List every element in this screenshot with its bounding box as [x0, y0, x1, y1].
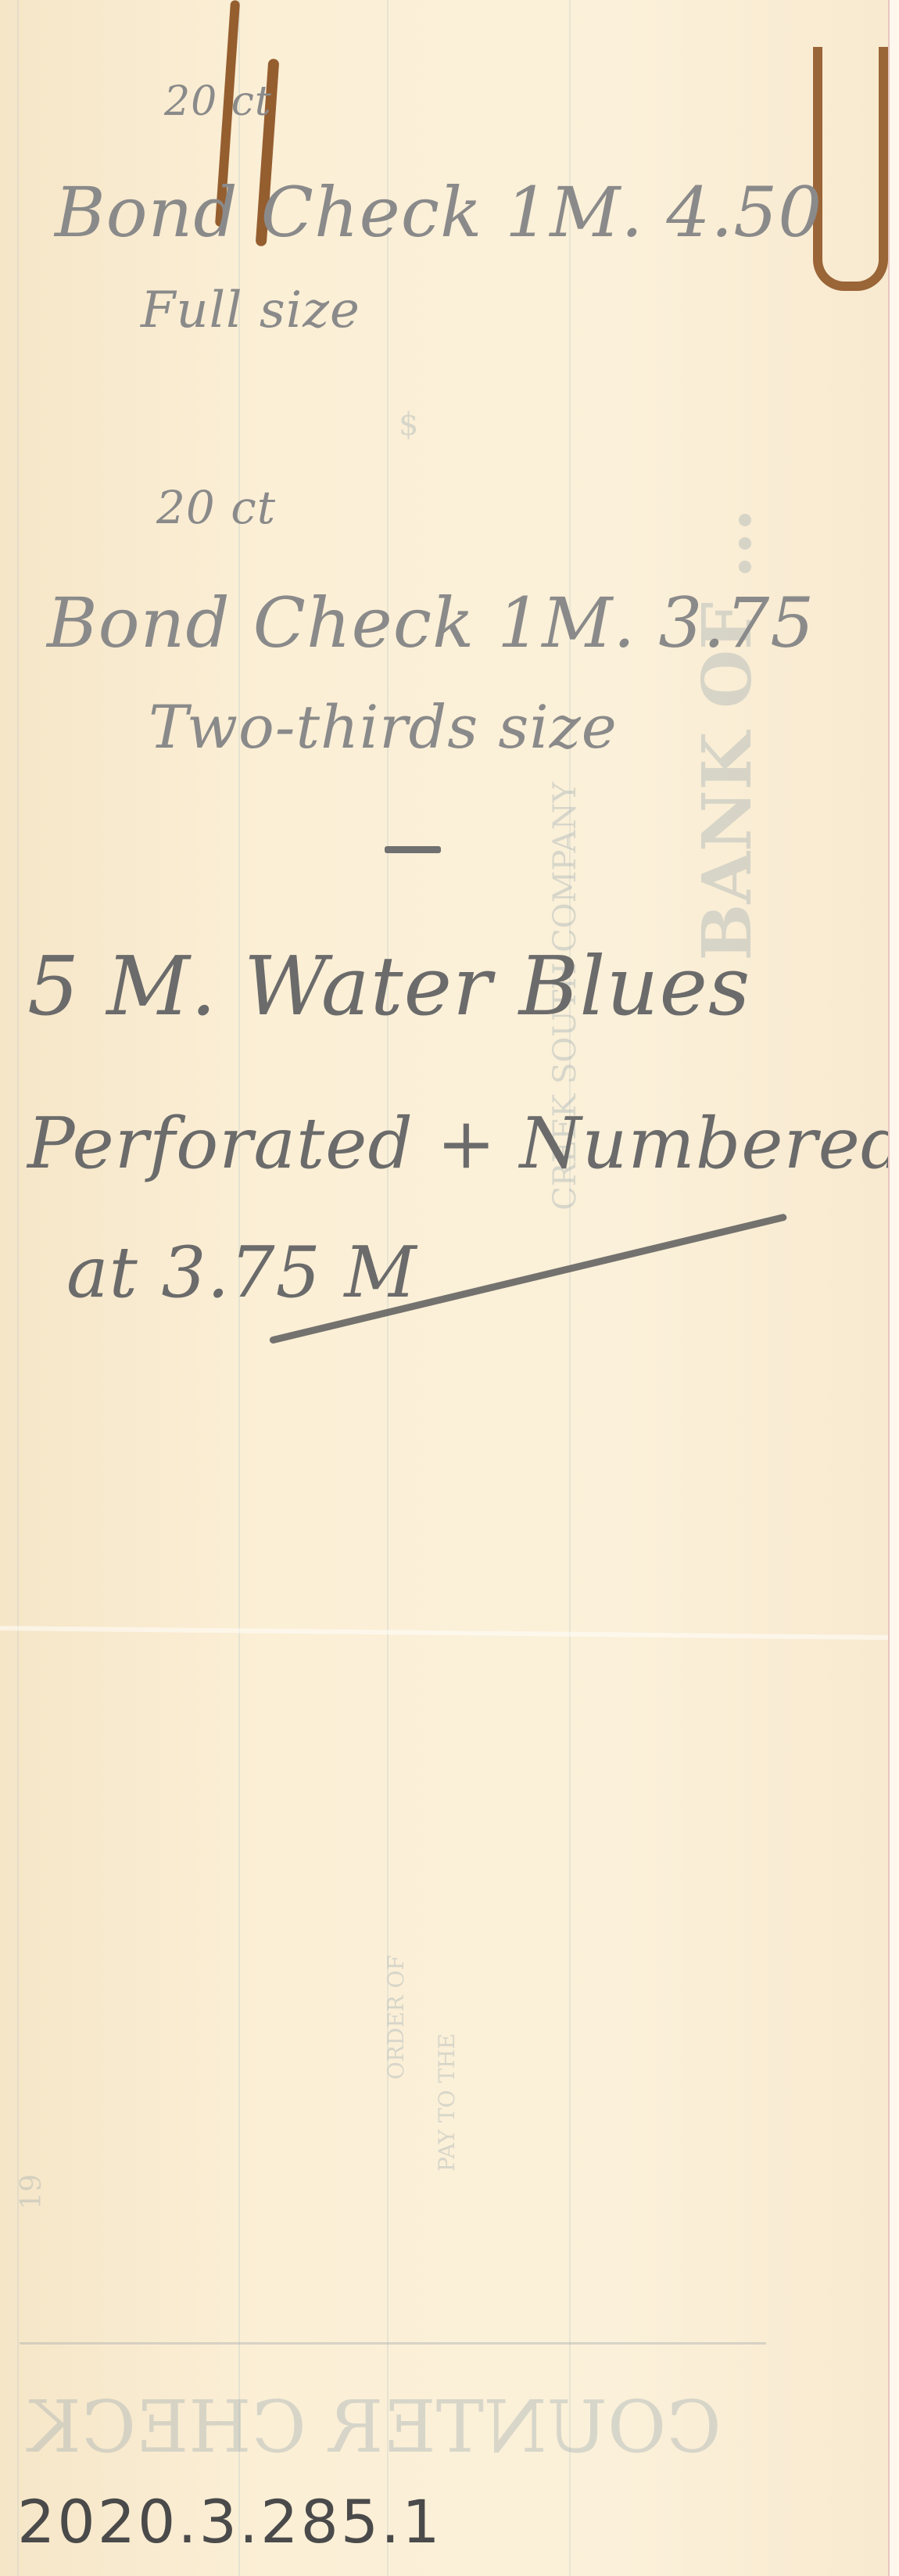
show-through-order-of: ORDER OF [383, 1955, 409, 2079]
paperclip-rust-loop [813, 47, 888, 291]
show-through-signature-line [20, 2342, 766, 2345]
note-1-line: Bond Check 1M. 4.50 [55, 172, 822, 253]
show-through-pay-to: PAY TO THE [434, 2033, 460, 2172]
show-through-year-prefix: 19 [16, 2174, 48, 2210]
note-1-size: Full size [141, 282, 360, 339]
note-separator-dash [385, 846, 441, 853]
paper-right-edge [888, 0, 899, 2576]
paper-fold-crease [0, 1626, 888, 1640]
note-1-quantity: 20 ct [164, 78, 272, 125]
show-through-bank-name: BANK OF ... [688, 508, 767, 960]
note-2-quantity: 20 ct [156, 481, 276, 534]
show-through-footer-heading: COUNTER CHECK [27, 2385, 722, 2469]
show-through-dollar-sign: $ [399, 407, 418, 443]
faint-rule-line [569, 0, 571, 2576]
accession-number: 2020.3.285.1 [17, 2487, 442, 2556]
note-2-size: Two-thirds size [149, 692, 618, 762]
check-paper: BANK OF ... CREEK SOUTH COMPANY ORDER OF… [0, 0, 888, 2576]
note-2-line: Bond Check 1M. 3.75 [47, 583, 815, 663]
note-3-line: 5 M. Water Blues [27, 938, 750, 1034]
note-3-detail: Perforated + Numbered [27, 1103, 899, 1185]
note-3-price: at 3.75 M [66, 1232, 417, 1314]
